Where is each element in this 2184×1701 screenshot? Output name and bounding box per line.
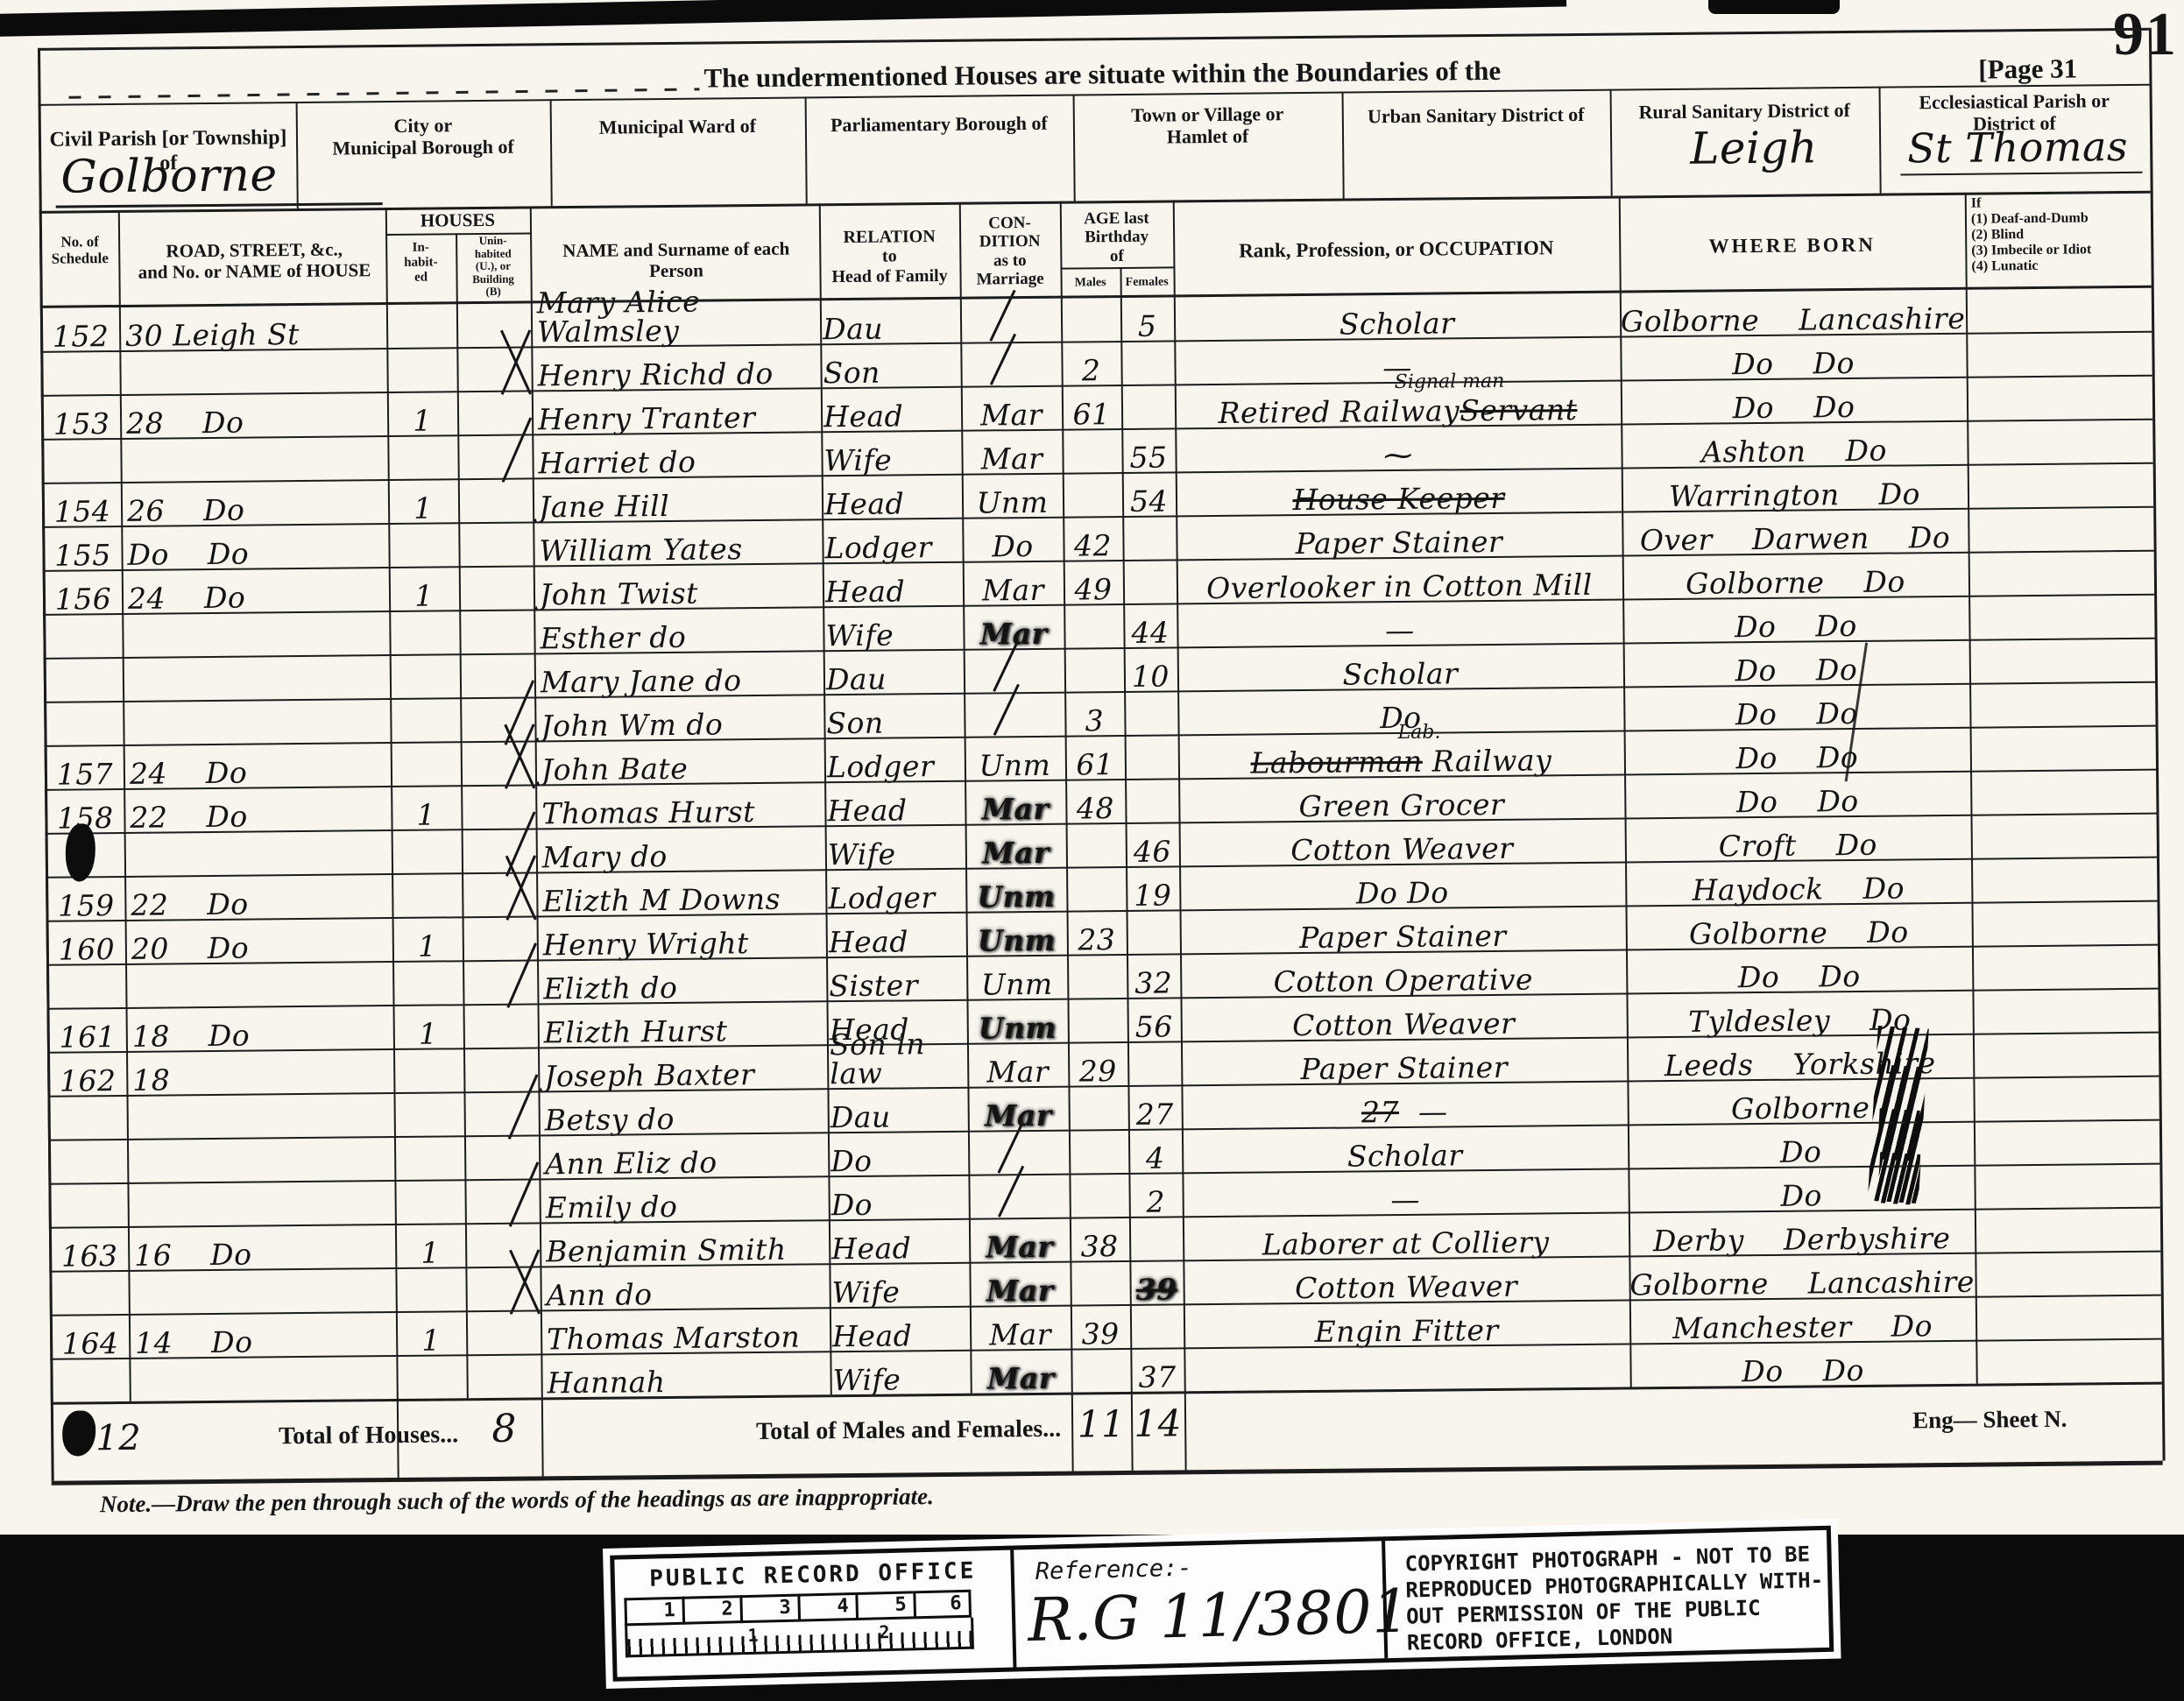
cell-sch: 162 <box>47 1056 128 1096</box>
column-line <box>805 96 808 203</box>
cell-rel: Lodger <box>827 742 963 781</box>
cell-occ: Do Do <box>1179 867 1625 910</box>
ruler-cm-cell: 1 <box>624 1597 682 1627</box>
rule-line <box>38 28 2149 51</box>
cell-name: Benjamin Smith <box>546 1225 830 1266</box>
cell-born: Manchester Do <box>1629 1302 1975 1344</box>
cell-occ: Paper Stainer <box>1176 517 1622 560</box>
header-rural-sanitary-label: Rural Sanitary District of <box>1619 99 1870 124</box>
totals-houses-label: Total of Houses... <box>169 1421 458 1451</box>
cell-occ: Scholar <box>1182 1129 1628 1172</box>
copyright-text: COPYRIGHT PHOTOGRAPH - NOT TO BE REPRODU… <box>1404 1541 1825 1656</box>
col-uninhabited: Unin- habited (U.), or Building (B) <box>456 234 531 299</box>
ruler-inch-2: 2 <box>879 1621 890 1642</box>
reference-value: R.G 11/3801 <box>1027 1577 1411 1656</box>
cell-rel: Lodger <box>828 873 964 913</box>
cell-name: Esther do <box>540 611 824 653</box>
cell-occ: Paper Stainer <box>1180 911 1626 954</box>
cell-name: Emily do <box>545 1181 830 1222</box>
cell-rel: Do <box>830 1136 966 1175</box>
cell-name: Mary Alice Walmsley <box>537 305 822 346</box>
cell-name: Elizth do <box>543 962 828 1003</box>
cell-born: Over Darwen Do <box>1622 513 1968 555</box>
column-line <box>2149 28 2166 1461</box>
sheet-label: Eng— Sheet N. <box>1912 1406 2067 1435</box>
census-scan-page: { "page": { "title": "The undermentioned… <box>0 0 2184 1701</box>
cell-am: 38 <box>1070 1222 1129 1261</box>
cell-cond: Unm <box>965 872 1066 912</box>
pro-copyright-section: COPYRIGHT PHOTOGRAPH - NOT TO BE REPRODU… <box>1382 1530 1829 1658</box>
col-inhabited: In- habit- ed <box>385 240 456 285</box>
rule-line <box>52 1461 2163 1486</box>
cell-cond: Mar <box>967 1091 1068 1131</box>
cell-born: Do Do <box>1622 601 1968 643</box>
column-line <box>1879 87 1882 194</box>
cell-name: John Bate <box>541 743 826 784</box>
cell-rel: Head <box>824 479 960 519</box>
cell-road: 26 Do <box>127 484 385 526</box>
scan-smudge <box>1708 0 1840 14</box>
cell-name: Joseph Baxter <box>544 1049 829 1090</box>
census-form: The undermentioned Houses are situate wi… <box>25 28 2176 1537</box>
cell-born: Do Do <box>1623 645 1969 687</box>
cell-af: 10 <box>1124 652 1177 691</box>
cell-inh: 1 <box>393 1009 463 1048</box>
column-line <box>1610 89 1613 196</box>
cell-road: 22 Do <box>130 791 387 832</box>
cell-cond: Mar <box>961 434 1062 474</box>
header-city-borough-label: City or Municipal Borough of <box>305 113 541 159</box>
cell-rel: Head <box>831 1224 967 1263</box>
page-label: [Page 31 <box>1978 53 2077 86</box>
scan-edge-bar <box>0 0 1566 37</box>
cell-rel: Head <box>829 917 965 956</box>
cell-name: Thomas Hurst <box>541 787 826 828</box>
cell-name: Mary do <box>542 830 827 872</box>
cell-occ: 27 — <box>1181 1085 1627 1128</box>
pro-office-title: PUBLIC RECORD OFFICE <box>615 1557 1012 1593</box>
ruler-cm-cell: 6 <box>913 1590 972 1620</box>
footnote: Note.—Draw the pen through such of the w… <box>100 1483 934 1518</box>
col-age: AGE last Birthday of <box>1060 208 1174 265</box>
cell-cond: Unm <box>965 741 1065 780</box>
cell-inh: 1 <box>392 921 463 961</box>
cell-cond: Mar <box>963 610 1064 649</box>
pen-line <box>69 88 700 98</box>
cell-rel: Son <box>823 348 958 387</box>
cell-cond: Mar <box>965 829 1066 868</box>
cell-name: John Twist <box>540 568 824 609</box>
cell-sch: 163 <box>49 1232 130 1271</box>
col-relation: RELATION to Head of Family <box>819 227 960 287</box>
cell-rel: Head <box>823 392 959 431</box>
cell-rel: Wife <box>828 829 964 869</box>
cell-name: Elizth M Downs <box>542 874 827 915</box>
cell-occ: ⁓ <box>1175 429 1621 472</box>
totals-females-value: 14 <box>1131 1393 1185 1443</box>
cell-rel: Head <box>827 786 963 825</box>
col-condition: CON- DITION as to Marriage <box>959 214 1061 289</box>
cell-inh: 1 <box>387 396 457 435</box>
ruler-cm-cell: 3 <box>739 1594 798 1624</box>
cell-born: Do Do <box>1620 338 1966 380</box>
cell-occ: Overlooker in Cotton Mill <box>1177 561 1622 603</box>
ink-scribble <box>1868 1026 1929 1203</box>
household-flourish-mark <box>508 1074 539 1140</box>
cell-af: 2 <box>1128 1177 1182 1217</box>
header-ecclesiastical-value: St Thomas <box>1900 123 2142 176</box>
cell-born: Derby Derbyshire <box>1629 1214 1975 1256</box>
cell-am: 42 <box>1063 521 1122 561</box>
cell-inh: 1 <box>391 790 461 829</box>
cell-af: 32 <box>1127 958 1180 998</box>
cell-occ: Scholar <box>1177 648 1623 691</box>
ruler-cm-cell: 4 <box>797 1592 856 1622</box>
cell-sch: 153 <box>41 399 122 439</box>
cell-sch: 152 <box>40 312 121 351</box>
cell-rel: Wife <box>823 435 959 475</box>
cell-born: Do Do <box>1626 951 1972 993</box>
ink-blot <box>66 823 96 881</box>
cell-road: 22 Do <box>131 879 388 920</box>
scanned-paper: 91 The undermentioned Houses are situate… <box>0 0 2184 1540</box>
header-parliamentary-borough-label: Parliamentary Borough of <box>814 112 1064 137</box>
header-urban-sanitary-label: Urban Sanitary District of <box>1351 103 1601 128</box>
cell-af: 56 <box>1127 1002 1181 1041</box>
cell-sch: 157 <box>45 750 125 789</box>
cell-road: 18 <box>132 1054 390 1095</box>
cell-sch: 154 <box>42 487 123 526</box>
cell-cond: Do <box>962 522 1063 561</box>
ruler-inch-1: 1 <box>747 1625 759 1646</box>
col-males: Males <box>1061 276 1120 290</box>
cell-born: Haydock Do <box>1625 864 1971 906</box>
cell-cond: Mar <box>970 1310 1071 1350</box>
cell-am: 23 <box>1067 915 1127 955</box>
col-schedule: No. of Schedule <box>39 233 120 267</box>
cell-am: 39 <box>1071 1309 1130 1349</box>
col-name: NAME and Surname of each Person <box>533 238 819 282</box>
cell-name: Hannah <box>547 1356 831 1397</box>
cell-cond: Unm <box>966 960 1067 999</box>
cell-occ: Laborer at Colliery <box>1183 1217 1629 1260</box>
cell-name: Elizth Hurst <box>544 1006 829 1047</box>
cell-occ: — <box>1177 604 1622 647</box>
cell-occ: Scholar <box>1174 298 1620 341</box>
cell-occ: Green Grocer <box>1178 780 1624 822</box>
cell-road: 18 Do <box>132 1010 390 1051</box>
cell-name: Henry Tranter <box>538 392 823 434</box>
cell-rel: Lodger <box>824 523 960 562</box>
cell-sch: 164 <box>50 1319 131 1359</box>
cell-cond: Mar <box>969 1223 1070 1262</box>
cell-rel: Wife <box>831 1267 967 1307</box>
cell-born: Golborne Lancashire <box>1620 294 1966 336</box>
cell-af: 46 <box>1126 827 1179 866</box>
header-municipal-ward-label: Municipal Ward of <box>559 115 796 139</box>
cell-cond: Unm <box>967 1004 1068 1043</box>
household-flourish-mark <box>502 417 533 483</box>
rule-line <box>1060 266 1173 269</box>
cell-born: Golborne Lancashire <box>1629 1258 1975 1300</box>
col-houses: HOUSES <box>385 209 530 231</box>
cell-am: 49 <box>1064 565 1123 604</box>
cell-cond: Mar <box>963 566 1064 605</box>
cell-road: Do Do <box>127 528 385 569</box>
pro-ruler-section: PUBLIC RECORD OFFICE 123456 1 2 <box>614 1550 1016 1677</box>
cell-road: 20 Do <box>131 922 389 963</box>
cell-occ: Paper Stainer <box>1181 1041 1627 1084</box>
cell-occ: Cotton Weaver <box>1181 998 1627 1041</box>
cell-cond: Unm <box>966 916 1067 956</box>
cell-name: Mary Jane do <box>541 655 825 696</box>
cell-am: 29 <box>1068 1047 1127 1086</box>
cell-cond: Mar <box>965 785 1065 824</box>
cell-af: 19 <box>1126 871 1179 910</box>
col-road: ROAD, STREET, &c., and No. or NAME of HO… <box>123 239 385 283</box>
col-occupation: Rank, Profession, or OCCUPATION <box>1173 236 1619 264</box>
cell-name: Henry Wright <box>543 918 828 959</box>
cell-rel: Do <box>830 1180 966 1219</box>
ruler-cm-cell: 2 <box>682 1595 740 1625</box>
cell-inh: 1 <box>396 1316 466 1355</box>
table-grid <box>25 28 2162 48</box>
cell-am: 61 <box>1062 390 1121 429</box>
ruler-cm-cell: 5 <box>855 1591 914 1620</box>
cell-cond: Mar <box>967 1048 1068 1087</box>
cell-sch: 156 <box>43 575 124 614</box>
cell-name: William Yates <box>539 524 823 565</box>
cell-sch: 159 <box>46 881 126 921</box>
cell-name: Thomas Marston <box>547 1312 831 1353</box>
household-flourish-mark <box>509 1161 540 1227</box>
cell-born: Croft Do <box>1625 820 1971 862</box>
header-rural-sanitary-value: Leigh <box>1690 122 1818 173</box>
column-line <box>550 99 553 206</box>
household-flourish-mark <box>506 942 537 1008</box>
cell-rel: Dau <box>823 304 958 343</box>
cell-born: Do Do <box>1621 382 1967 424</box>
cell-born: Do <box>1628 1170 1974 1212</box>
cell-cond: Mar <box>961 391 1062 430</box>
totals-schedule-value: 12 <box>95 1410 157 1457</box>
cell-af: 55 <box>1121 433 1175 472</box>
cell-road: 24 Do <box>128 572 385 613</box>
cell-rel: Son in law <box>830 1048 965 1088</box>
cell-occ: Cotton Operative <box>1180 955 1626 998</box>
cell-occ: House Keeper <box>1176 473 1622 516</box>
cell-name: Jane Hill <box>539 480 823 521</box>
cell-sch: 161 <box>47 1013 128 1052</box>
cell-name: Ann do <box>546 1268 830 1309</box>
cell-cond: Unm <box>962 478 1063 518</box>
cell-rel: Dau <box>830 1092 965 1132</box>
cell-occ: — <box>1182 1173 1628 1216</box>
cell-born: Golborne Do <box>1622 557 1968 599</box>
cell-road: 24 Do <box>130 747 387 788</box>
pro-reference-section: Reference:- R.G 11/3801 <box>1014 1541 1384 1667</box>
cell-occ: Cotton Weaver <box>1183 1260 1629 1303</box>
cell-cond: Mar <box>970 1354 1071 1394</box>
cell-af: 39 <box>1129 1265 1183 1304</box>
cell-rel: Dau <box>826 654 962 694</box>
cell-born: Golborne Do <box>1626 907 1972 949</box>
cell-inh: 1 <box>389 571 459 611</box>
cell-sch: 155 <box>42 531 123 570</box>
cell-inh: 1 <box>388 483 458 523</box>
cell-road: 14 Do <box>135 1316 392 1358</box>
cell-am: 48 <box>1065 784 1125 823</box>
col-females: Females <box>1120 275 1174 289</box>
cell-name: Betsy do <box>545 1093 830 1134</box>
cell-born: Do Do <box>1624 732 1970 774</box>
totals-males-females-label: Total of Males and Females... <box>651 1415 1061 1447</box>
cell-am: 61 <box>1065 740 1125 780</box>
col-disability: If (1) Deaf-and-Dumb (2) Blind (3) Imbec… <box>1971 194 2152 274</box>
reference-label: Reference:- <box>1035 1555 1192 1585</box>
cell-rel: Son <box>826 698 962 738</box>
cell-inh: 1 <box>395 1228 465 1267</box>
cell-rel: Head <box>825 567 961 606</box>
cell-born: Do Do <box>1623 688 1969 731</box>
cell-occ: Engin Fitter <box>1184 1304 1629 1347</box>
cell-name: Henry Richd do <box>537 349 822 390</box>
cell-name: John Wm do <box>541 699 825 740</box>
form-title: The undermentioned Houses are situate wi… <box>620 54 1584 95</box>
cell-am: 2 <box>1061 346 1120 385</box>
cell-name: Ann Eliz do <box>545 1137 830 1178</box>
column-line <box>1073 94 1076 201</box>
cell-road: 16 Do <box>134 1229 392 1270</box>
cell-sch: 160 <box>46 925 127 964</box>
cell-born: Do Do <box>1629 1345 1975 1387</box>
cell-am: 3 <box>1064 696 1124 736</box>
cell-rel: Wife <box>825 611 961 650</box>
totals-houses-value: 8 <box>467 1399 542 1449</box>
cell-af: 4 <box>1128 1133 1182 1173</box>
cell-af: 54 <box>1122 476 1176 516</box>
ink-blot-totals <box>62 1410 95 1456</box>
cell-born: Ashton Do <box>1621 426 1967 468</box>
cell-af: 37 <box>1130 1352 1184 1392</box>
cell-af: 44 <box>1123 608 1177 647</box>
cell-rel: Wife <box>832 1355 968 1394</box>
cell-af: 5 <box>1120 301 1174 341</box>
cell-name: Harriet do <box>538 436 823 477</box>
col-born: WHERE BORN <box>1619 233 1965 259</box>
cell-cond: Mar <box>969 1267 1070 1306</box>
cell-rel: Head <box>832 1311 968 1351</box>
cell-road: 30 Leigh St <box>125 309 383 350</box>
cell-road: 28 Do <box>126 397 384 438</box>
cell-rel: Sister <box>829 961 965 1000</box>
totals-males-value: 11 <box>1071 1394 1132 1443</box>
cell-occ: Cotton Weaver <box>1179 823 1625 866</box>
cell-born: Warrington Do <box>1622 469 1968 512</box>
cell-born: Do Do <box>1624 776 1970 818</box>
column-line <box>1342 92 1345 199</box>
header-town-village-label: Town or Village or Hamlet of <box>1082 102 1333 149</box>
cell-af: 27 <box>1127 1090 1181 1129</box>
